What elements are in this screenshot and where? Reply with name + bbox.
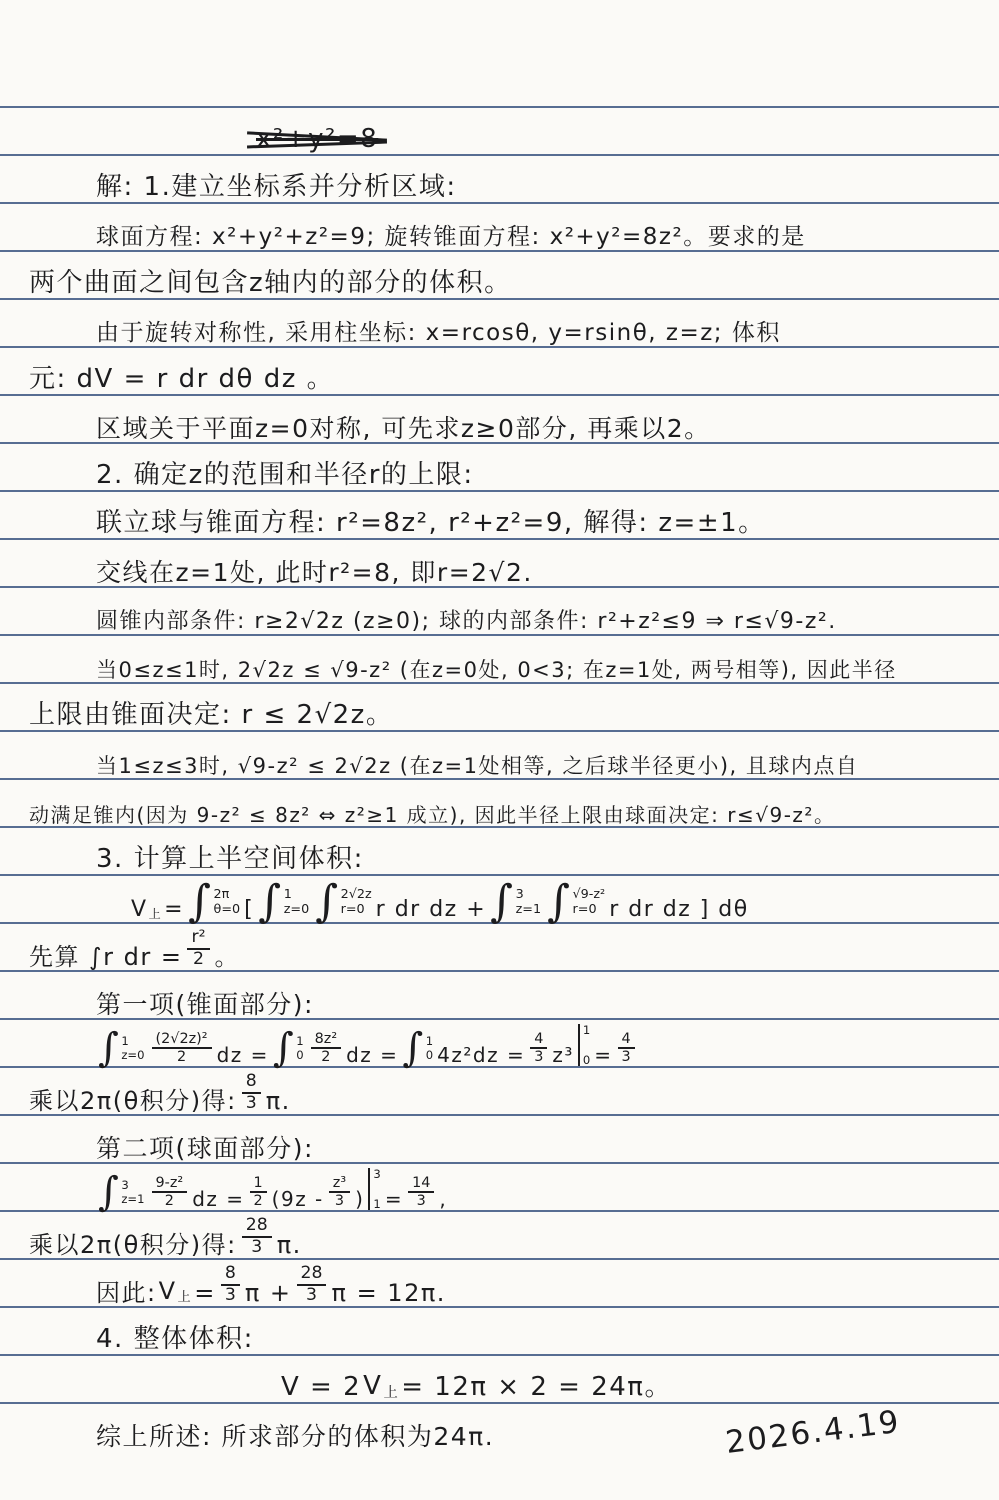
formula-text: [ <box>243 898 255 922</box>
formula-text: dz = <box>345 1044 399 1066</box>
formula-text: r dr dz ] dθ <box>608 898 750 922</box>
step3-heading: 3. 计算上半空间体积: <box>95 826 365 877</box>
formula-text: 乘以2π(θ积分)得: <box>28 1088 238 1114</box>
line-text: 第一项(锥面部分): <box>95 991 315 1019</box>
upper-volume-integral: V上=∫2πθ=0[∫1z=0∫2√2zr=0r dr dz +∫3z=1∫√9… <box>130 874 750 925</box>
formula-text: π = 12π. <box>330 1280 446 1306</box>
line-text: 综上所述: 所求部分的体积为24π. <box>95 1423 495 1451</box>
formula-text: = <box>384 1188 404 1210</box>
subscript: 上 <box>149 908 163 921</box>
fraction: 83 <box>221 1264 240 1306</box>
integral-sign: ∫3z=1 <box>490 882 541 922</box>
formula-text: π + <box>244 1280 293 1306</box>
denominator: 3 <box>413 1193 430 1210</box>
numerator: 8z² <box>311 1031 341 1050</box>
numerator: 28 <box>297 1264 327 1286</box>
intersection-radius: 交线在z=1处, 此时r²=8, 即r=2√2. <box>95 538 534 589</box>
line-text: 球面方程: x²+y²+z²=9; 旋转锥面方程: x²+y²=8z²。要求的是 <box>95 225 807 250</box>
numerator: 9-z² <box>152 1175 188 1194</box>
line-text: 联立球与锥面方程: r²=8z², r²+z²=9, 解得: z=±1。 <box>95 509 767 538</box>
upper-limit: 1 <box>426 1035 433 1047</box>
denominator: 3 <box>221 1286 240 1306</box>
numerator: 4 <box>618 1031 635 1050</box>
formula-text: 先算 ∫r dr = <box>28 944 183 970</box>
formula-text: dz = <box>191 1188 245 1210</box>
first-term-theta: 乘以2π(θ积分)得:83π. <box>28 1066 292 1117</box>
numerator: (2√2z)² <box>152 1031 212 1050</box>
numerator: z³ <box>329 1175 350 1194</box>
integral-glyph: ∫ <box>402 1030 424 1066</box>
integral-glyph: ∫ <box>98 1030 120 1066</box>
integral-sign: ∫10 <box>273 1030 304 1066</box>
lower-limit: r=0 <box>573 903 597 916</box>
formula-text: ) <box>354 1188 365 1210</box>
cylindrical-coordinates: 由于旋转对称性, 采用柱坐标: x=rcosθ, y=rsinθ, z=z; 体… <box>95 298 782 349</box>
numerator: 4 <box>530 1031 547 1050</box>
case2-inequality: 当1≤z≤3时, √9-z² ≤ 2√2z (在z=1处相等, 之后球半径更小)… <box>95 730 859 781</box>
numerator: 28 <box>242 1216 272 1238</box>
numerator: 8 <box>242 1072 261 1094</box>
integral-glyph: ∫ <box>547 882 571 922</box>
line-text: 当0≤z≤1时, 2√2z ≤ √9-z² (在z=0处, 0<3; 在z=1处… <box>95 659 898 682</box>
integral-sign: ∫2√2zr=0 <box>315 882 371 922</box>
ruled-line <box>0 106 999 108</box>
integral-glyph: ∫ <box>273 1030 295 1066</box>
line-text: 当1≤z≤3时, √9-z² ≤ 2√2z (在z=1处相等, 之后球半径更小)… <box>95 755 859 778</box>
formula-text: dz = <box>216 1044 270 1066</box>
lower-limit: 0 <box>583 1054 590 1066</box>
fraction: 283 <box>242 1216 272 1258</box>
line-text: 4. 整体体积: <box>95 1325 255 1354</box>
inner-r-integral: 先算 ∫r dr =r²2。 <box>28 922 241 973</box>
intersection-equations: 联立球与锥面方程: r²=8z², r²+z²=9, 解得: z=±1。 <box>95 490 767 541</box>
notebook-page: 2026.4.19 x²+y²=8解: 1.建立坐标系并分析区域:球面方程: x… <box>0 0 999 1500</box>
line-text: 区域关于平面z=0对称, 可先求z≥0部分, 再乘以2。 <box>95 415 712 443</box>
denominator: 3 <box>247 1238 266 1258</box>
fraction: r²2 <box>187 928 209 970</box>
upper-limit: 2π <box>214 888 230 901</box>
integral-glyph: ∫ <box>490 882 514 922</box>
formula-text: V上 <box>362 1372 400 1402</box>
evaluation-bar: 10 <box>578 1024 590 1066</box>
integral-sign: ∫2πθ=0 <box>188 882 240 922</box>
formula-text: 。 <box>214 944 242 970</box>
lower-limit: z=0 <box>121 1049 144 1061</box>
formula-text: V = 2 <box>280 1373 362 1402</box>
formula-text: z³ <box>551 1044 575 1066</box>
integral-sign: ∫10 <box>402 1030 433 1066</box>
formula-text: 乘以2π(θ积分)得: <box>28 1232 238 1258</box>
formula-text: = <box>593 1044 613 1066</box>
integral-sign: ∫1z=0 <box>98 1030 145 1066</box>
upper-limit: 1 <box>284 888 292 901</box>
lower-limit: 0 <box>426 1049 433 1061</box>
volume-element: 元: dV = r dr dθ dz 。 <box>28 346 335 397</box>
denominator: 3 <box>618 1049 635 1066</box>
formula-text: V上 <box>130 898 163 922</box>
upper-limit: √9-z² <box>573 888 606 901</box>
case1-inequality: 当0≤z≤1时, 2√2z ≤ √9-z² (在z=0处, 0<3; 在z=1处… <box>95 634 898 685</box>
formula-text: = <box>193 1280 217 1306</box>
integral-glyph: ∫ <box>258 882 282 922</box>
step2-heading: 2. 确定z的范围和半径r的上限: <box>95 442 475 493</box>
denominator: 2 <box>189 950 208 970</box>
formula-text: π. <box>276 1232 303 1258</box>
fraction: z³3 <box>329 1175 350 1210</box>
line-text: 动满足锥内(因为 9-z² ≤ 8z² ⇔ z²≥1 成立), 因此半径上限由球… <box>28 804 836 826</box>
formula-text: (9z - <box>271 1188 325 1210</box>
line-text: 由于旋转对称性, 采用柱坐标: x=rcosθ, y=rsinθ, z=z; 体… <box>95 321 782 346</box>
line-text: 圆锥内部条件: r≥2√2z (z≥0); 球的内部条件: r²+z²≤9 ⇒ … <box>95 610 838 634</box>
upper-volume-result: 因此:V上=83π +283π = 12π. <box>95 1258 447 1309</box>
formula-text: V上 <box>158 1278 194 1306</box>
second-term-theta: 乘以2π(θ积分)得:283π. <box>28 1210 303 1261</box>
lower-limit: r=0 <box>341 903 365 916</box>
subscript: 上 <box>178 1291 193 1306</box>
upper-limit: 3 <box>373 1168 380 1180</box>
denominator: 2 <box>173 1049 190 1066</box>
fraction: (2√2z)²2 <box>152 1031 212 1066</box>
fraction: 143 <box>408 1175 434 1210</box>
line-text: 元: dV = r dr dθ dz 。 <box>28 365 335 394</box>
second-term-integral: ∫3z=19-z²2dz =12(9z -z³3)31=143, <box>95 1162 448 1213</box>
formula-text: r dr dz + <box>375 898 487 922</box>
case2-bound: 动满足锥内(因为 9-z² ≤ 8z² ⇔ z²≥1 成立), 因此半径上限由球… <box>28 778 836 829</box>
first-term-integral: ∫1z=0(2√2z)²2dz =∫108z²2dz =∫104z²dz =43… <box>95 1018 639 1069</box>
total-volume: V = 2V上= 12π × 2 = 24π。 <box>280 1354 673 1405</box>
denominator: 3 <box>302 1286 321 1306</box>
denominator: 2 <box>250 1193 267 1210</box>
formula-text: = <box>163 898 185 922</box>
scribbled-text: x²+y²=8 <box>255 125 379 154</box>
evaluation-bar: 31 <box>368 1168 380 1210</box>
lower-limit: z=1 <box>516 903 542 916</box>
line-text: 3. 计算上半空间体积: <box>95 845 365 874</box>
denominator: 3 <box>242 1094 261 1114</box>
numerator: 8 <box>221 1264 240 1286</box>
line-text: 2. 确定z的范围和半径r的上限: <box>95 461 475 490</box>
upper-limit: 1 <box>296 1035 303 1047</box>
line-text: 两个曲面之间包含z轴内的部分的体积。 <box>28 269 513 298</box>
fraction: 12 <box>250 1175 267 1210</box>
date-note: 2026.4.19 <box>724 1404 903 1461</box>
formula-text: π. <box>265 1088 292 1114</box>
formula-text: , <box>438 1188 448 1210</box>
upper-limit: 1 <box>121 1035 128 1047</box>
fraction: 43 <box>618 1031 635 1066</box>
crossed-out-formula: x²+y²=8 <box>255 106 379 157</box>
numerator: 14 <box>408 1175 434 1194</box>
subscript: 上 <box>383 1386 399 1402</box>
conclusion: 综上所述: 所求部分的体积为24π. <box>95 1402 495 1453</box>
upper-limit: 3 <box>516 888 524 901</box>
symmetry-note: 区域关于平面z=0对称, 可先求z≥0部分, 再乘以2。 <box>95 394 712 445</box>
upper-limit: 1 <box>583 1024 590 1036</box>
line-text: 解: 1.建立坐标系并分析区域: <box>95 173 458 202</box>
fraction: 43 <box>530 1031 547 1066</box>
fraction: 9-z²2 <box>152 1175 188 1210</box>
integral-sign: ∫√9-z²r=0 <box>547 882 605 922</box>
numerator: 1 <box>250 1175 267 1194</box>
integral-sign: ∫1z=0 <box>258 882 309 922</box>
surface-equations-cont: 两个曲面之间包含z轴内的部分的体积。 <box>28 250 513 301</box>
denominator: 3 <box>331 1193 348 1210</box>
step1-heading: 解: 1.建立坐标系并分析区域: <box>95 154 458 205</box>
upper-limit: 3 <box>121 1179 128 1191</box>
integral-glyph: ∫ <box>315 882 339 922</box>
second-term-heading: 第二项(球面部分): <box>95 1114 315 1165</box>
fraction: 8z²2 <box>311 1031 341 1066</box>
line-text: 上限由锥面决定: r ≤ 2√2z。 <box>28 701 394 730</box>
lower-limit: z=1 <box>121 1193 144 1205</box>
first-term-heading: 第一项(锥面部分): <box>95 970 315 1021</box>
lower-limit: θ=0 <box>214 903 241 916</box>
formula-text: 4z²dz = <box>436 1044 526 1066</box>
formula-text: 因此: <box>95 1280 158 1306</box>
integral-glyph: ∫ <box>98 1174 120 1210</box>
numerator: r² <box>187 928 209 950</box>
lower-limit: z=0 <box>284 903 310 916</box>
region-conditions: 圆锥内部条件: r≥2√2z (z≥0); 球的内部条件: r²+z²≤9 ⇒ … <box>95 586 838 637</box>
integral-sign: ∫3z=1 <box>98 1174 145 1210</box>
denominator: 3 <box>530 1049 547 1066</box>
lower-limit: 0 <box>296 1049 303 1061</box>
step4-heading: 4. 整体体积: <box>95 1306 255 1357</box>
lower-limit: 1 <box>373 1198 380 1210</box>
case1-bound: 上限由锥面决定: r ≤ 2√2z。 <box>28 682 394 733</box>
formula-text: = 12π × 2 = 24π。 <box>400 1373 673 1402</box>
integral-glyph: ∫ <box>188 882 212 922</box>
fraction: 83 <box>242 1072 261 1114</box>
line-text: 交线在z=1处, 此时r²=8, 即r=2√2. <box>95 559 534 587</box>
line-text: 第二项(球面部分): <box>95 1135 315 1163</box>
fraction: 283 <box>297 1264 327 1306</box>
denominator: 2 <box>317 1049 334 1066</box>
denominator: 2 <box>161 1193 178 1210</box>
upper-limit: 2√2z <box>341 888 372 901</box>
surface-equations: 球面方程: x²+y²+z²=9; 旋转锥面方程: x²+y²=8z²。要求的是 <box>95 202 807 253</box>
